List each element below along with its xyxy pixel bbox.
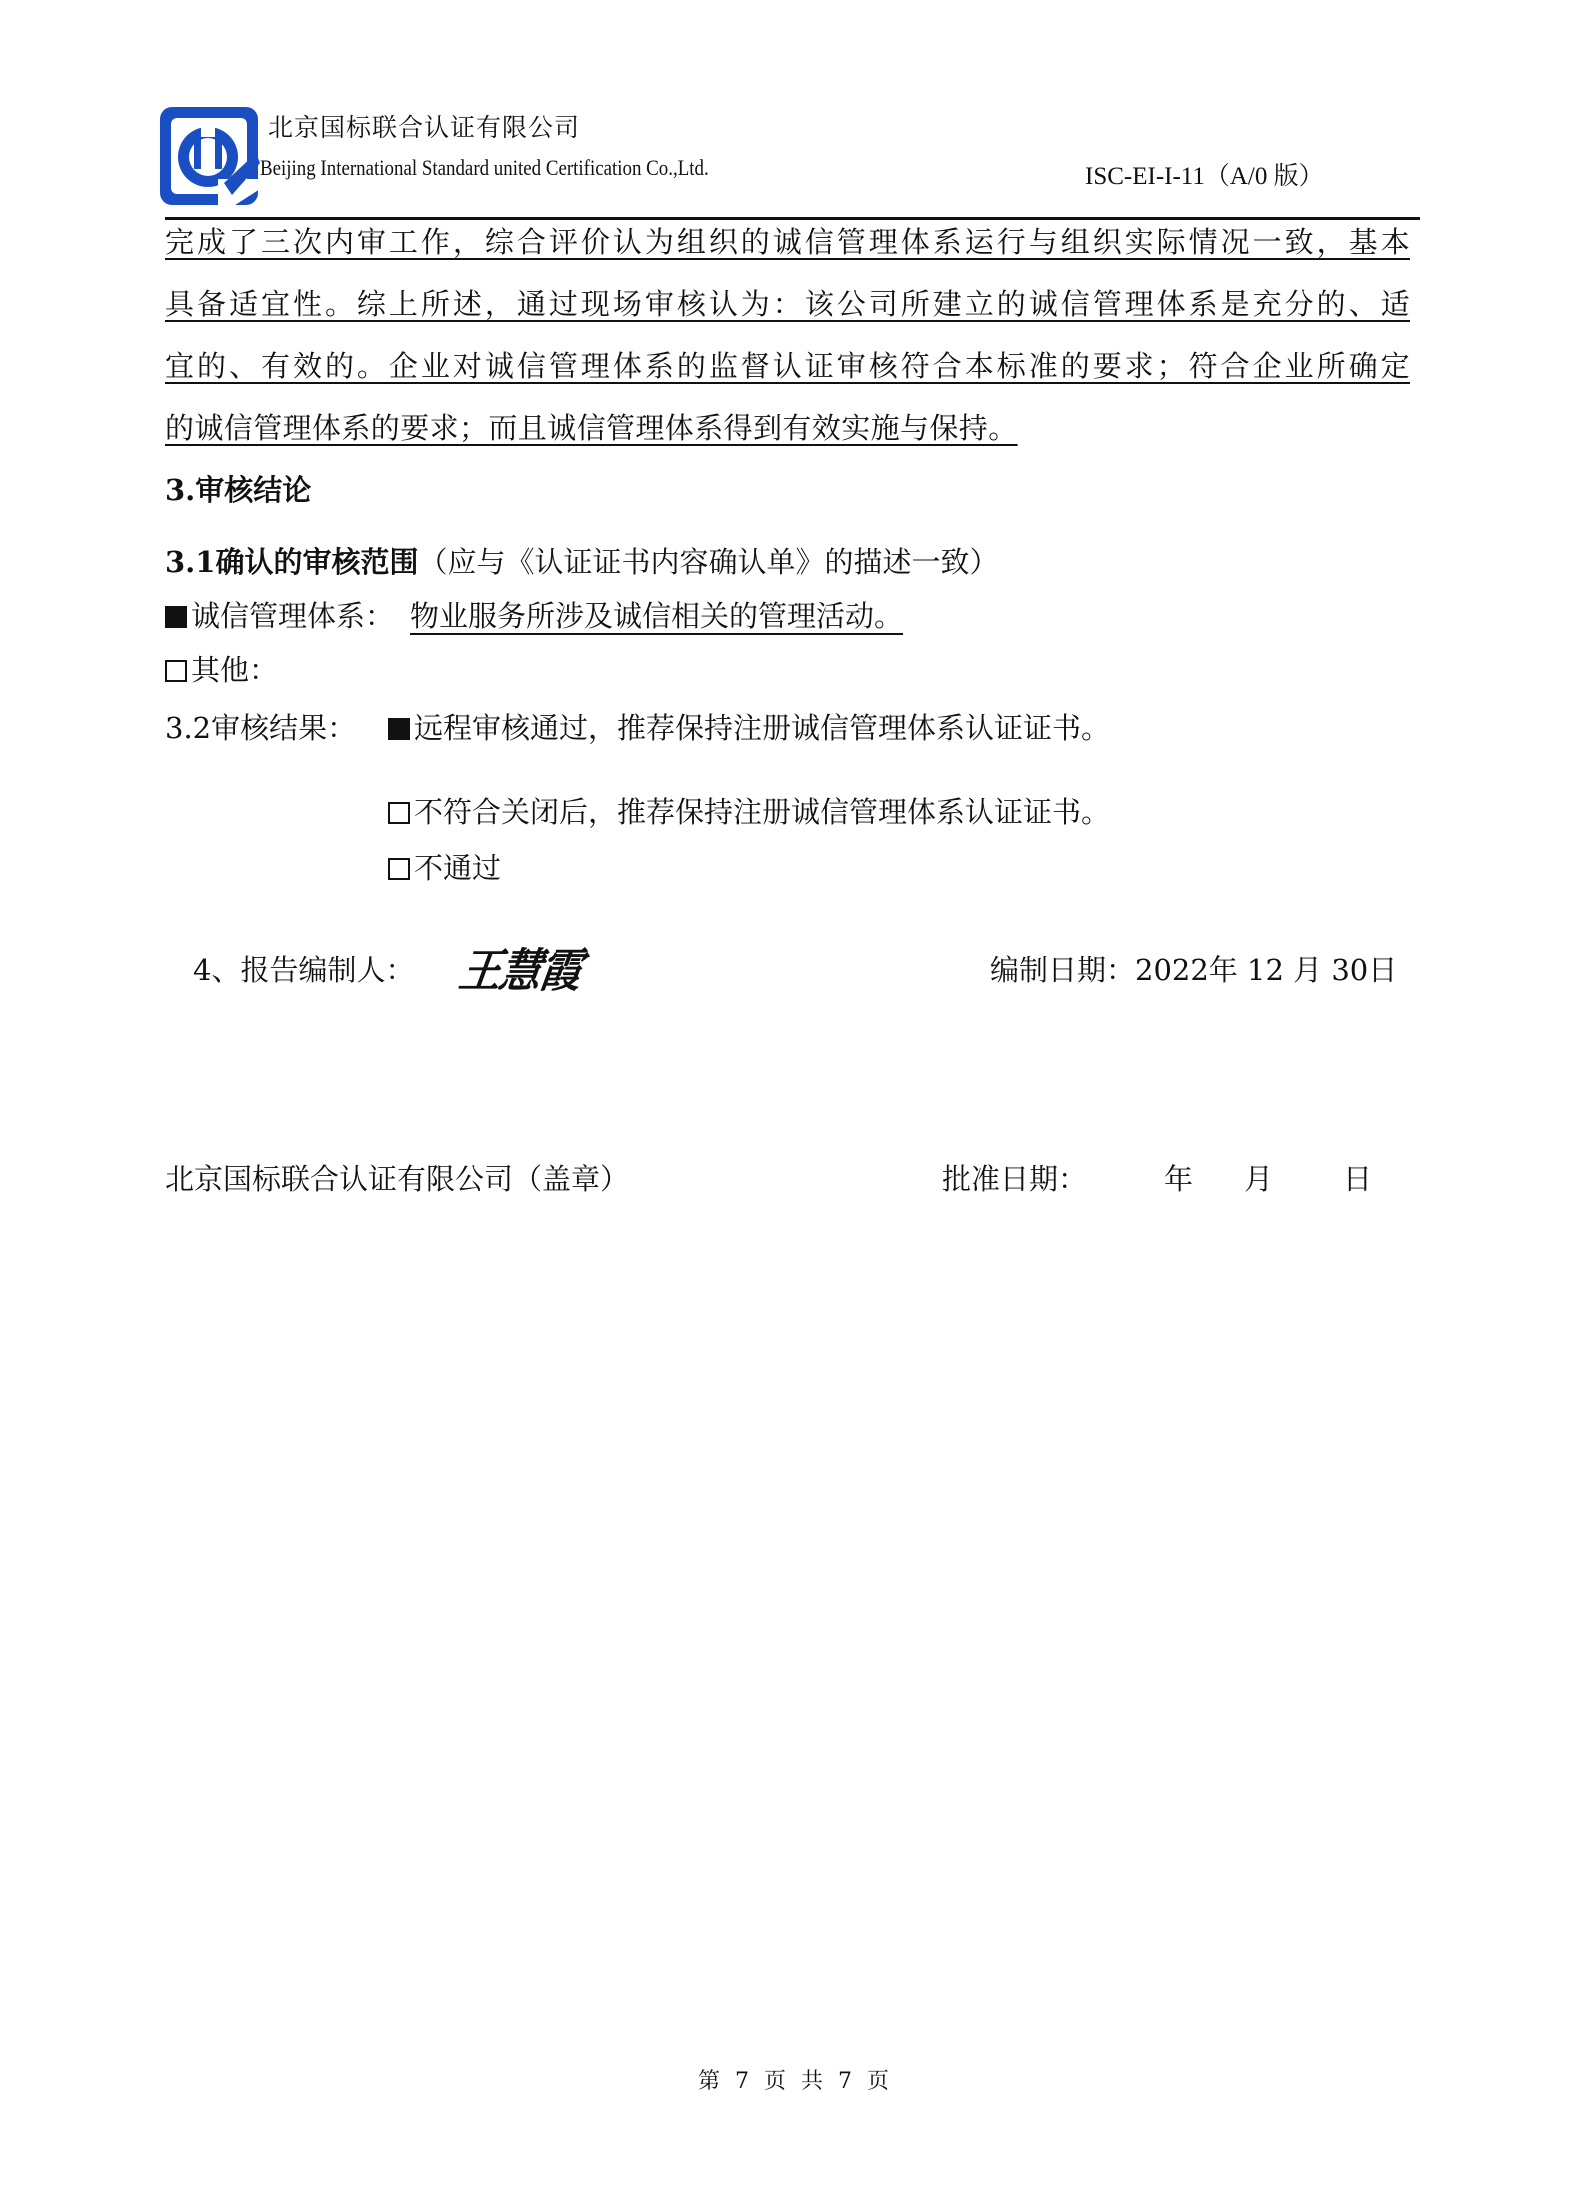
scope-option-label: 其他：	[191, 653, 278, 687]
scope-option-integrity[interactable]: 诚信管理体系：物业服务所涉及诚信相关的管理活动。	[165, 596, 909, 636]
audit-result-option-label: 不符合关闭后，推荐保持注册诚信管理体系认证证书。	[414, 795, 1110, 829]
approval-year: 年	[1164, 1159, 1193, 1199]
company-stamp-label: 北京国标联合认证有限公司（盖章）	[165, 1159, 629, 1199]
scope-value: 物业服务所涉及诚信相关的管理活动。	[394, 599, 909, 633]
checkbox-checked-icon[interactable]	[165, 606, 187, 628]
preparer-signature: 王慧霞	[455, 935, 584, 1001]
audit-result-option-fail[interactable]: 不通过	[388, 848, 501, 888]
checkbox-unchecked-icon[interactable]	[388, 858, 410, 880]
scope-option-other[interactable]: 其他：	[165, 650, 278, 690]
page-number: 第 7 页 共 7 页	[0, 2064, 1587, 2095]
audit-result-option-label: 远程审核通过，推荐保持注册诚信管理体系认证证书。	[414, 711, 1110, 745]
checkbox-unchecked-icon[interactable]	[165, 660, 187, 682]
audit-result-option-label: 不通过	[414, 851, 501, 885]
approval-month: 月	[1244, 1159, 1273, 1199]
report-preparer-label: 4、报告编制人：	[193, 950, 414, 990]
paragraph-line: 的诚信管理体系的要求；而且诚信管理体系得到有效实施与保持。	[165, 408, 1018, 448]
audit-result-option-pass[interactable]: 远程审核通过，推荐保持注册诚信管理体系认证证书。	[388, 708, 1110, 748]
audit-result-option-after-nc[interactable]: 不符合关闭后，推荐保持注册诚信管理体系认证证书。	[388, 792, 1110, 832]
section-3-1-heading: 3.1确认的审核范围（应与《认证证书内容确认单》的描述一致）	[165, 542, 998, 582]
document-code: ISC-EI-I-11（A/0 版）	[1085, 156, 1324, 192]
paragraph-line: 宜的、有效的。企业对诚信管理体系的监督认证审核符合本标准的要求；符合企业所确定	[165, 346, 1410, 386]
company-name-cn: 北京国标联合认证有限公司	[268, 108, 580, 144]
preparation-date: 编制日期：2022年 12 月 30日	[990, 950, 1397, 990]
checkbox-unchecked-icon[interactable]	[388, 802, 410, 824]
section-3-title: 3.审核结论	[165, 470, 311, 510]
company-logo-icon	[158, 105, 260, 207]
paragraph-line: 具备适宜性。综上所述，通过现场审核认为：该公司所建立的诚信管理体系是充分的、适	[165, 284, 1410, 324]
checkbox-checked-icon[interactable]	[388, 718, 410, 740]
section-3-1-note: （应与《认证证书内容确认单》的描述一致）	[418, 545, 998, 579]
company-name-en: Beijing International Standard united Ce…	[260, 155, 709, 181]
audit-result-label: 3.2审核结果：	[165, 708, 356, 748]
header-divider	[165, 217, 1420, 220]
scope-option-label: 诚信管理体系：	[191, 599, 394, 633]
approval-day: 日	[1343, 1159, 1372, 1199]
section-3-1-title: 3.1确认的审核范围	[165, 545, 418, 579]
paragraph-line: 完成了三次内审工作，综合评价认为组织的诚信管理体系运行与组织实际情况一致，基本	[165, 222, 1410, 262]
approval-date-label: 批准日期：	[942, 1159, 1087, 1199]
